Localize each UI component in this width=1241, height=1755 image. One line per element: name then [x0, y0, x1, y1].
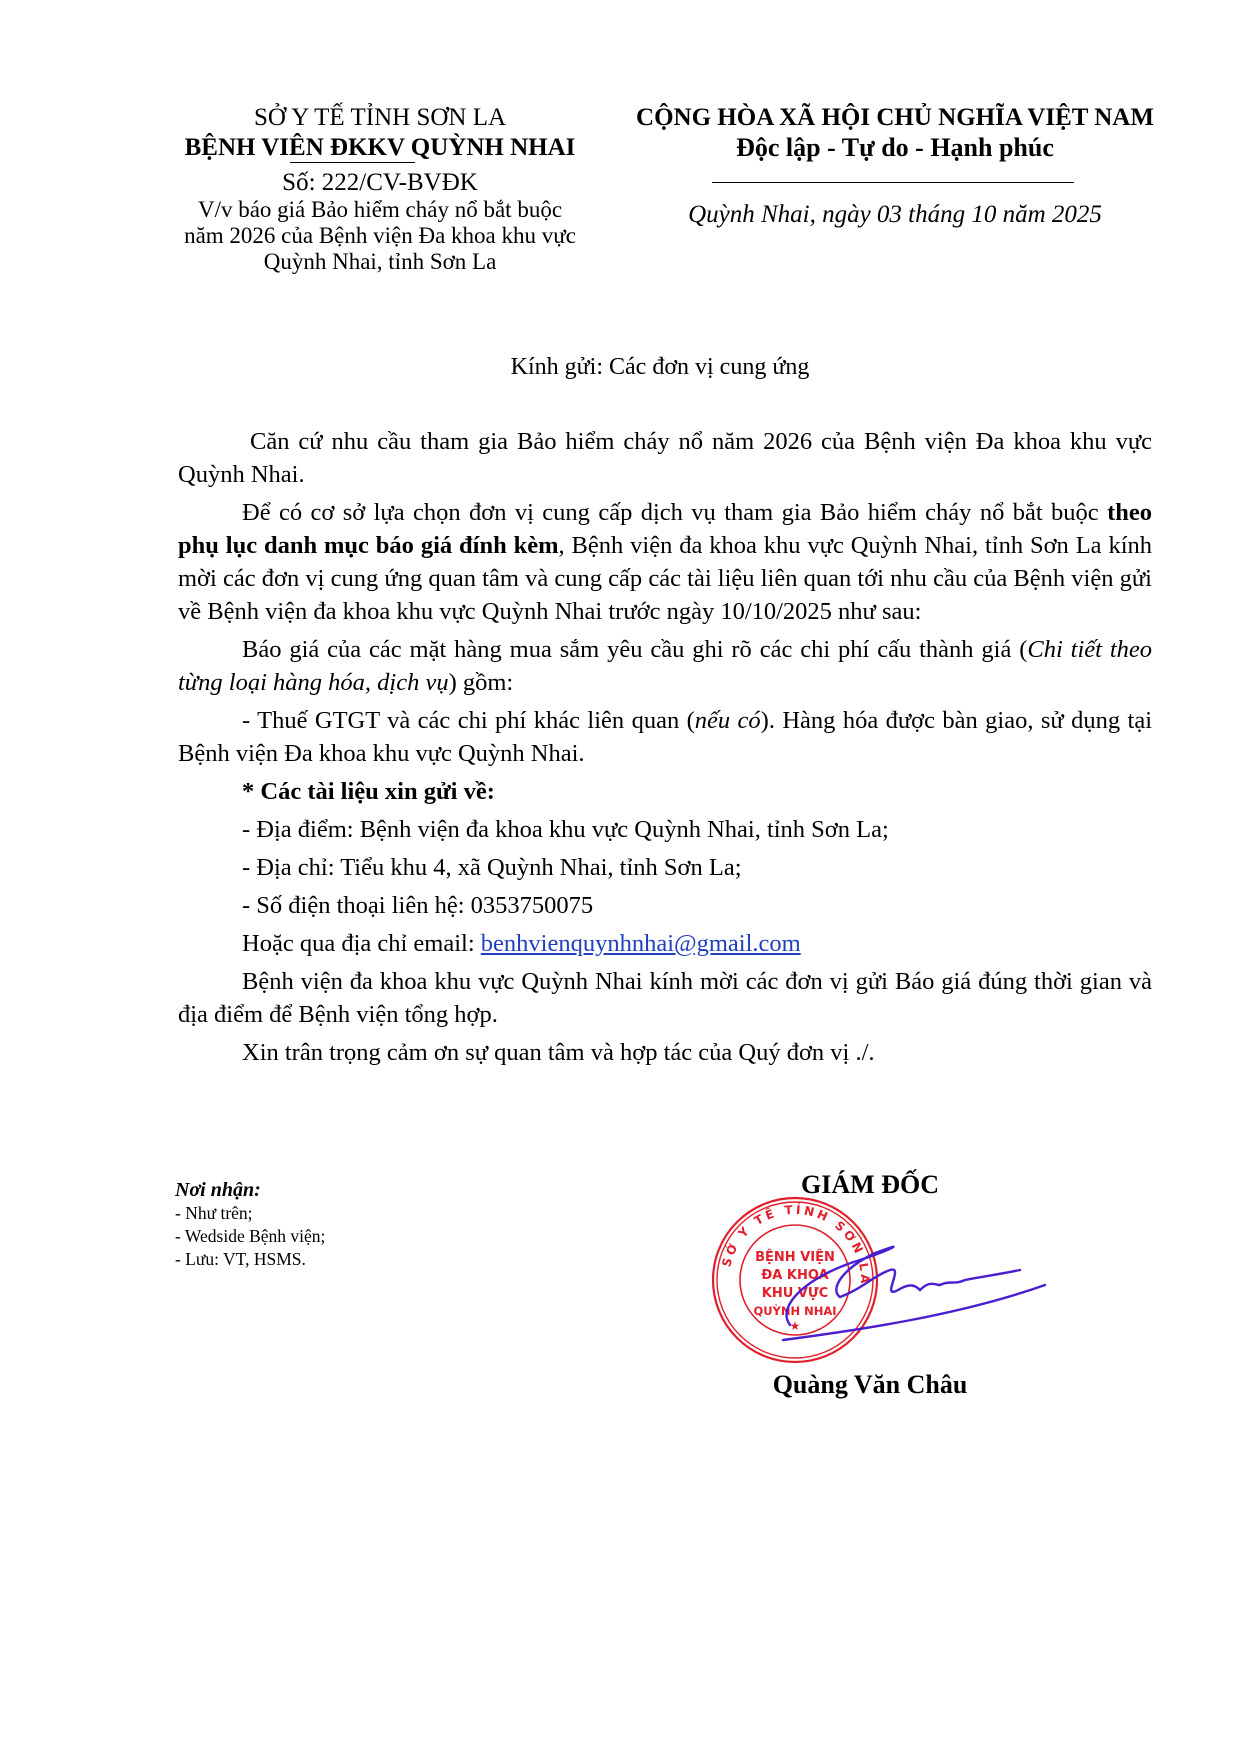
- document-subject: V/v báo giá Bảo hiểm cháy nổ bắt buộc nă…: [160, 197, 600, 275]
- recipient-item: - Lưu: VT, HSMS.: [175, 1248, 325, 1271]
- text: Báo giá của các mặt hàng mua sắm yêu cầu…: [242, 636, 1027, 663]
- place-date: Quỳnh Nhai, ngày 03 tháng 10 năm 2025: [615, 200, 1175, 230]
- recipient-item: - Wedside Bệnh viện;: [175, 1225, 325, 1248]
- paragraph-thanks: Xin trân trọng cảm ơn sự quan tâm và hợp…: [178, 1036, 1152, 1069]
- paragraph-invitation: Để có cơ sở lựa chọn đơn vị cung cấp dịc…: [178, 496, 1152, 628]
- italic-text: nếu có: [695, 707, 761, 734]
- recipients-title: Nơi nhận:: [175, 1178, 325, 1202]
- recipient-item: - Như trên;: [175, 1202, 325, 1225]
- subject-line: Quỳnh Nhai, tỉnh Sơn La: [160, 249, 600, 275]
- email-link[interactable]: benhvienquynhnhai@gmail.com: [481, 930, 801, 957]
- handwritten-signature-icon: [780, 1235, 1050, 1345]
- motto-underline: [712, 182, 1074, 183]
- paragraph-quote-requirements: Báo giá của các mặt hàng mua sắm yêu cầu…: [178, 633, 1152, 699]
- subject-line: năm 2026 của Bệnh viện Đa khoa khu vực: [160, 223, 600, 249]
- text: Để có cơ sở lựa chọn đơn vị cung cấp dịc…: [242, 499, 1107, 526]
- agency-name: SỞ Y TẾ TỈNH SƠN LA: [160, 103, 600, 133]
- contact-email: Hoặc qua địa chỉ email: benhvienquynhnha…: [178, 927, 1152, 960]
- addressee: Kính gửi: Các đơn vị cung ứng: [160, 354, 1160, 381]
- letter-body: Căn cứ nhu cầu tham gia Bảo hiểm cháy nổ…: [178, 425, 1152, 1074]
- document-number: Số: 222/CV-BVĐK: [160, 168, 600, 198]
- paragraph-tax: - Thuế GTGT và các chi phí khác liên qua…: [178, 704, 1152, 770]
- national-header: CỘNG HÒA XÃ HỘI CHỦ NGHĨA VIỆT NAM Độc l…: [615, 103, 1175, 163]
- heading-text: * Các tài liệu xin gửi về:: [242, 778, 495, 805]
- signer-name: Quàng Văn Châu: [700, 1370, 1040, 1400]
- delivery-location: - Địa điểm: Bệnh viện đa khoa khu vực Qu…: [178, 813, 1152, 846]
- national-motto: Độc lập - Tự do - Hạnh phúc: [615, 133, 1175, 163]
- documents-heading: * Các tài liệu xin gửi về:: [178, 775, 1152, 808]
- paragraph-basis: Căn cứ nhu cầu tham gia Bảo hiểm cháy nổ…: [178, 425, 1152, 491]
- nation-name: CỘNG HÒA XÃ HỘI CHỦ NGHĨA VIỆT NAM: [615, 103, 1175, 133]
- issuer-header: SỞ Y TẾ TỈNH SƠN LA BỆNH VIÊN ĐKKV QUỲNH…: [160, 103, 600, 163]
- subject-line: V/v báo giá Bảo hiểm cháy nổ bắt buộc: [160, 197, 600, 223]
- text: - Thuế GTGT và các chi phí khác liên qua…: [242, 707, 695, 734]
- email-label: Hoặc qua địa chỉ email:: [242, 930, 481, 957]
- recipients-block: Nơi nhận: - Như trên; - Wedside Bệnh việ…: [175, 1178, 325, 1271]
- paragraph-request: Bệnh viện đa khoa khu vực Quỳnh Nhai kín…: [178, 965, 1152, 1031]
- issuer-underline: [290, 162, 415, 163]
- hospital-name: BỆNH VIÊN ĐKKV QUỲNH NHAI: [160, 133, 600, 163]
- delivery-address: - Địa chỉ: Tiểu khu 4, xã Quỳnh Nhai, tỉ…: [178, 851, 1152, 884]
- contact-phone: - Số điện thoại liên hệ: 0353750075: [178, 889, 1152, 922]
- text: ) gồm:: [449, 669, 514, 696]
